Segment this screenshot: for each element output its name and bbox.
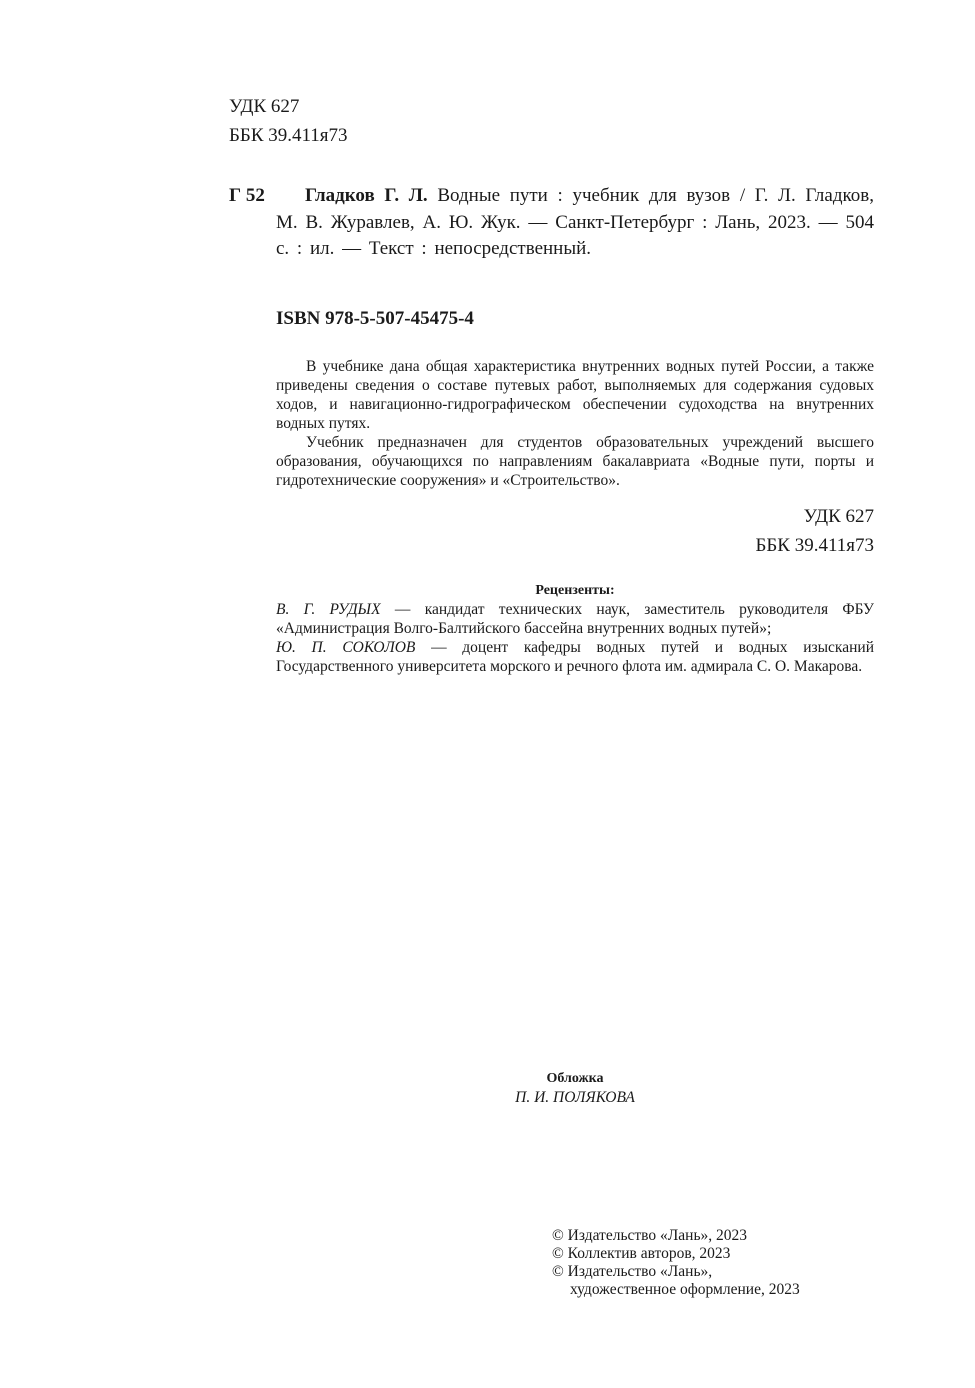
copyright-line: © Издательство «Лань», <box>552 1263 800 1281</box>
copyright-line: © Издательство «Лань», 2023 <box>552 1227 800 1245</box>
copyright-line: © Коллектив авторов, 2023 <box>552 1245 800 1263</box>
copyright-block: © Издательство «Лань», 2023 © Коллектив … <box>552 1227 800 1299</box>
udk-code: УДК 627 <box>755 502 874 531</box>
bbk-code: ББК 39.411я73 <box>755 531 874 560</box>
author-heading: Гладков Г. Л. <box>305 185 428 206</box>
reviewer-entry: Ю. П. СОКОЛОВ — доцент кафедры водных пу… <box>276 638 874 676</box>
reviewer-name: В. Г. РУДЫХ <box>276 601 381 618</box>
copyright-line-continuation: художественное оформление, 2023 <box>552 1281 800 1299</box>
reviewers-heading: Рецензенты: <box>276 581 874 600</box>
cover-designer: П. И. ПОЛЯКОВА <box>475 1088 675 1107</box>
catalog-entry: Гладков Г. Л. Водные пути : учебник для … <box>276 183 874 263</box>
abstract-paragraph: В учебнике дана общая характеристика вну… <box>276 357 874 433</box>
catalog-code: Г 52 <box>229 183 265 209</box>
cover-credit: Обложка П. И. ПОЛЯКОВА <box>475 1070 675 1107</box>
udk-code: УДК 627 <box>229 92 348 121</box>
cover-heading: Обложка <box>475 1070 675 1088</box>
reviewer-entry: В. Г. РУДЫХ — кандидат технических наук,… <box>276 600 874 638</box>
reviewer-name: Ю. П. СОКОЛОВ <box>276 639 415 656</box>
reviewers-section: Рецензенты: В. Г. РУДЫХ — кандидат техни… <box>276 581 874 676</box>
isbn: ISBN 978-5-507-45475-4 <box>276 308 474 330</box>
abstract-paragraph: Учебник предназначен для студентов образ… <box>276 433 874 490</box>
classification-top: УДК 627 ББК 39.411я73 <box>229 92 348 150</box>
classification-bottom: УДК 627 ББК 39.411я73 <box>755 502 874 560</box>
abstract: В учебнике дана общая характеристика вну… <box>276 357 874 490</box>
bbk-code: ББК 39.411я73 <box>229 121 348 150</box>
